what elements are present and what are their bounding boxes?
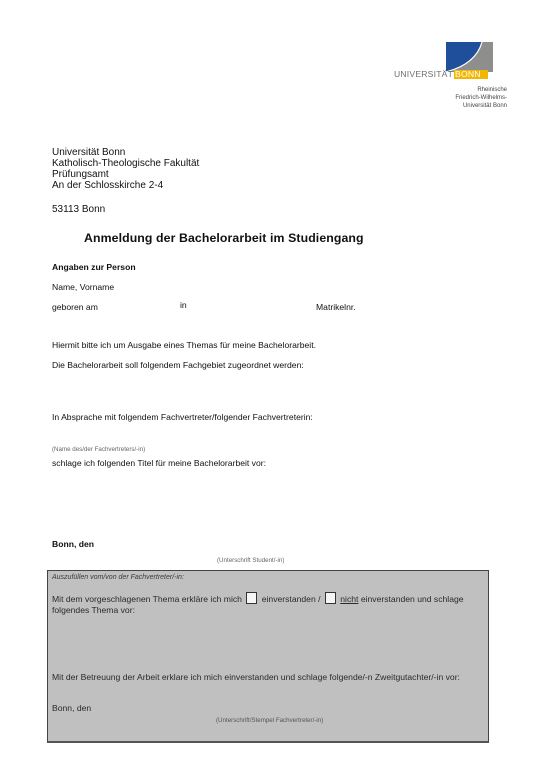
matrikel-label: Matrikelnr. [316, 302, 356, 312]
thesis-title-text: schlage ich folgenden Titel für meine Ba… [52, 458, 266, 468]
address-zip-city: 53113 Bonn [52, 204, 105, 215]
logo-subtitle-line: Friedrich-Wilhelms- [455, 94, 507, 102]
person-heading: Angaben zur Person [52, 262, 136, 272]
advisor-section-heading: Auszufüllen vom/von der Fachvertreter/-i… [52, 574, 184, 581]
advisor-text: In Absprache mit folgendem Fachvertreter… [52, 412, 313, 422]
university-logo: UNIVERSITÄTBONN Rheinische Friedrich-Wil… [394, 40, 514, 120]
birthplace-label: in [180, 300, 187, 310]
logo-wordmark: UNIVERSITÄTBONN [394, 70, 488, 79]
student-signature-hint: (Unterschrift Student/-in) [217, 557, 284, 564]
recipient-address: Universität Bonn Katholisch-Theologische… [52, 147, 199, 191]
agree-checkbox[interactable] [246, 592, 257, 604]
logo-subtitle: Rheinische Friedrich-Wilhelms- Universit… [455, 86, 507, 110]
disagree-checkbox[interactable] [325, 592, 336, 604]
address-line: Prüfungsamt [52, 169, 199, 180]
advisor-signature-hint: (Unterschrift/Stempel Fachvertreter/-in) [216, 717, 323, 724]
supervision-text: Mit der Betreuung der Arbeit erklare ich… [52, 672, 460, 682]
field-text: Die Bachelorarbeit soll folgendem Fachge… [52, 360, 304, 370]
logo-subtitle-line: Universität Bonn [455, 102, 507, 110]
address-line: Katholisch-Theologische Fakultät [52, 158, 199, 169]
topic-approval-line: Mit dem vorgeschlagenen Thema erkläre ic… [52, 592, 482, 616]
logo-subtitle-line: Rheinische [455, 86, 507, 94]
request-text: Hiermit bitte ich um Ausgabe eines Thema… [52, 340, 316, 350]
not-label: nicht [340, 594, 358, 604]
agree-label: einverstanden / [262, 594, 321, 604]
address-line: An der Schlosskirche 2-4 [52, 180, 199, 191]
address-line: Universität Bonn [52, 147, 199, 158]
birthdate-label: geboren am [52, 302, 98, 312]
name-label: Name, Vorname [52, 282, 114, 292]
topic-approval-prefix: Mit dem vorgeschlagenen Thema erkläre ic… [52, 594, 242, 604]
logo-wordmark-universitaet: UNIVERSITÄT [394, 69, 453, 79]
logo-wordmark-bonn: BONN [454, 70, 488, 79]
advisor-name-hint: (Name des/der Fachvertreters/-in) [52, 446, 145, 453]
advisor-place-date: Bonn, den [52, 703, 91, 713]
page-title: Anmeldung der Bachelorarbeit im Studieng… [84, 231, 364, 245]
advisor-section: Auszufüllen vom/von der Fachvertreter/-i… [47, 570, 489, 743]
student-place-date: Bonn, den [52, 539, 94, 549]
